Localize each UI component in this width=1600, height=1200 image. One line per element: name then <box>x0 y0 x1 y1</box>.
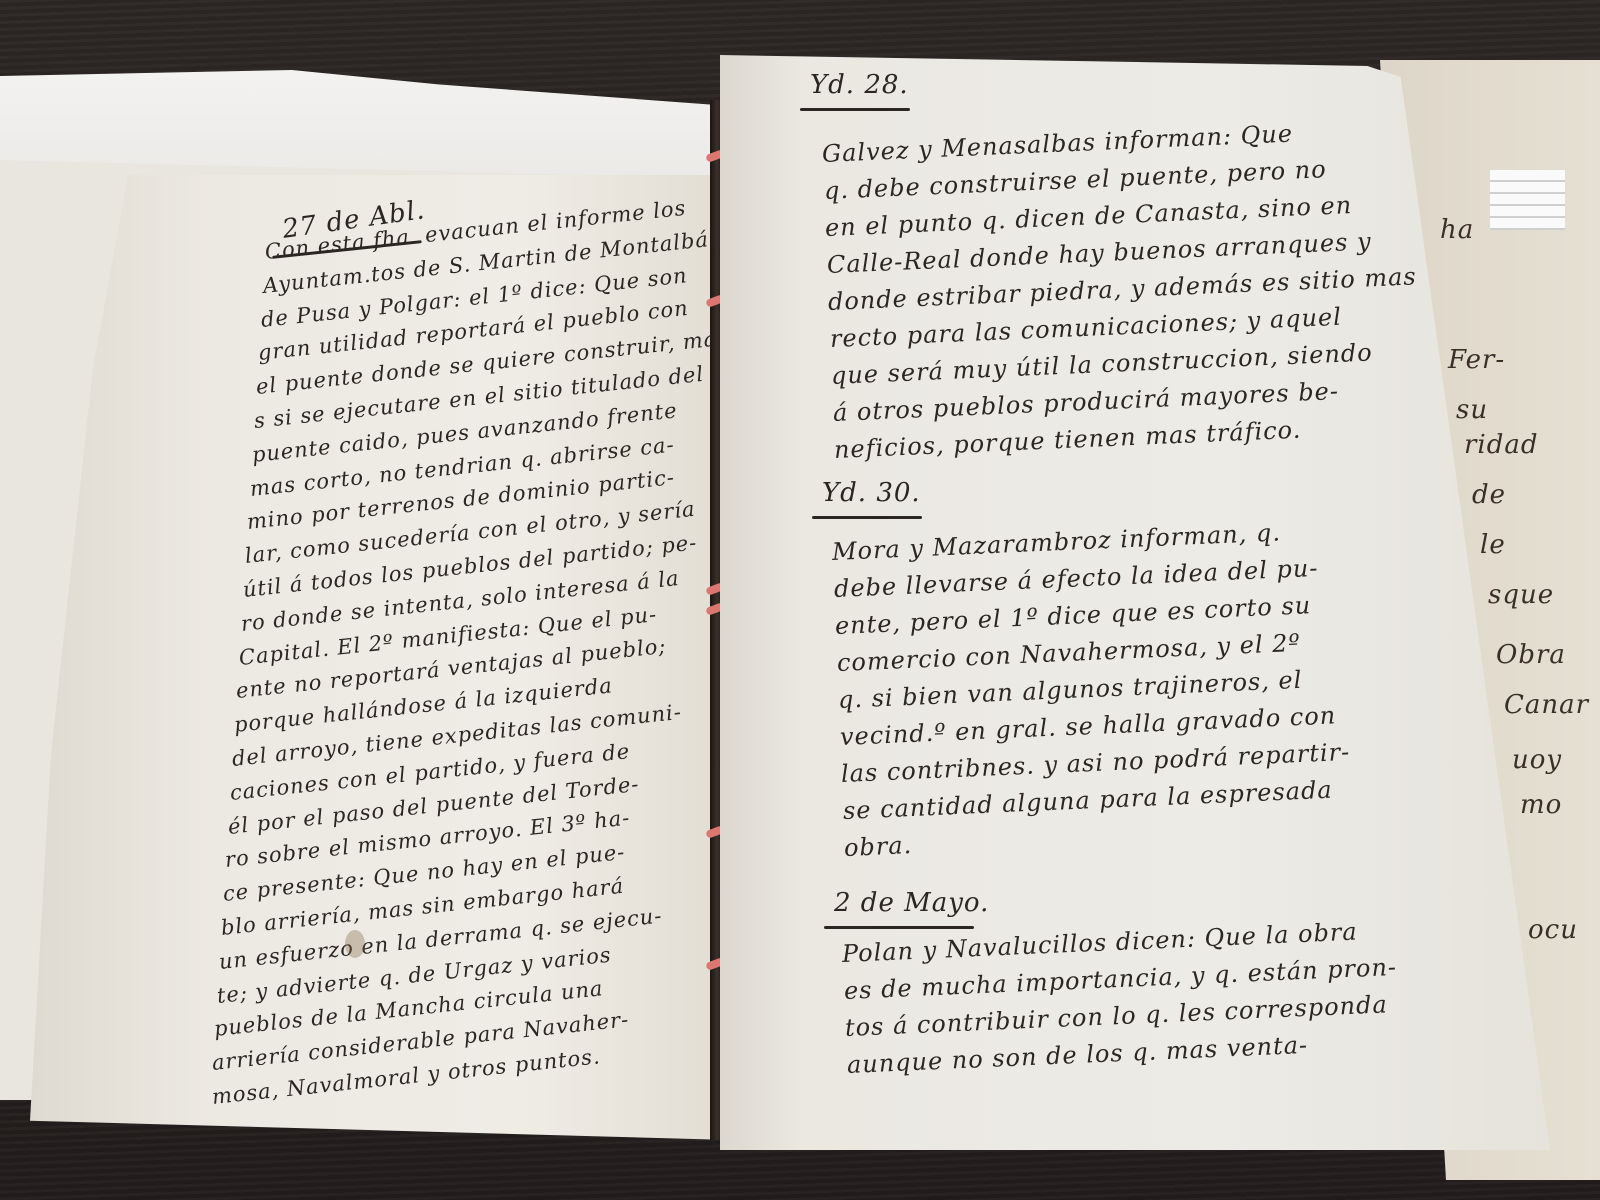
section-heading-underline <box>824 926 974 929</box>
fragment-word: Fer- <box>1448 345 1505 375</box>
fragment-word: Canar <box>1504 690 1589 720</box>
light-strip <box>1490 170 1565 230</box>
fragment-word: ridad <box>1464 430 1539 460</box>
fragment-word: su <box>1456 395 1488 425</box>
fragment-word: ha <box>1440 215 1474 245</box>
section-heading: Yd. 30. <box>822 478 921 508</box>
fragment-word: mo <box>1520 790 1562 820</box>
section-heading-underline <box>800 108 910 111</box>
manuscript-line: obra. <box>843 831 912 862</box>
fragment-word: sque <box>1488 580 1554 610</box>
section-heading-underline <box>812 516 922 519</box>
ink-stain <box>345 930 365 958</box>
fragment-word: de <box>1472 480 1506 510</box>
fragment-word: le <box>1480 530 1506 560</box>
fragment-word: Obra <box>1496 640 1566 670</box>
fragment-word: uoy <box>1512 745 1562 775</box>
fragment-word: ocu <box>1528 915 1578 945</box>
section-heading: 2 de Mayo. <box>834 888 989 918</box>
section-heading: Yd. 28. <box>810 70 909 100</box>
